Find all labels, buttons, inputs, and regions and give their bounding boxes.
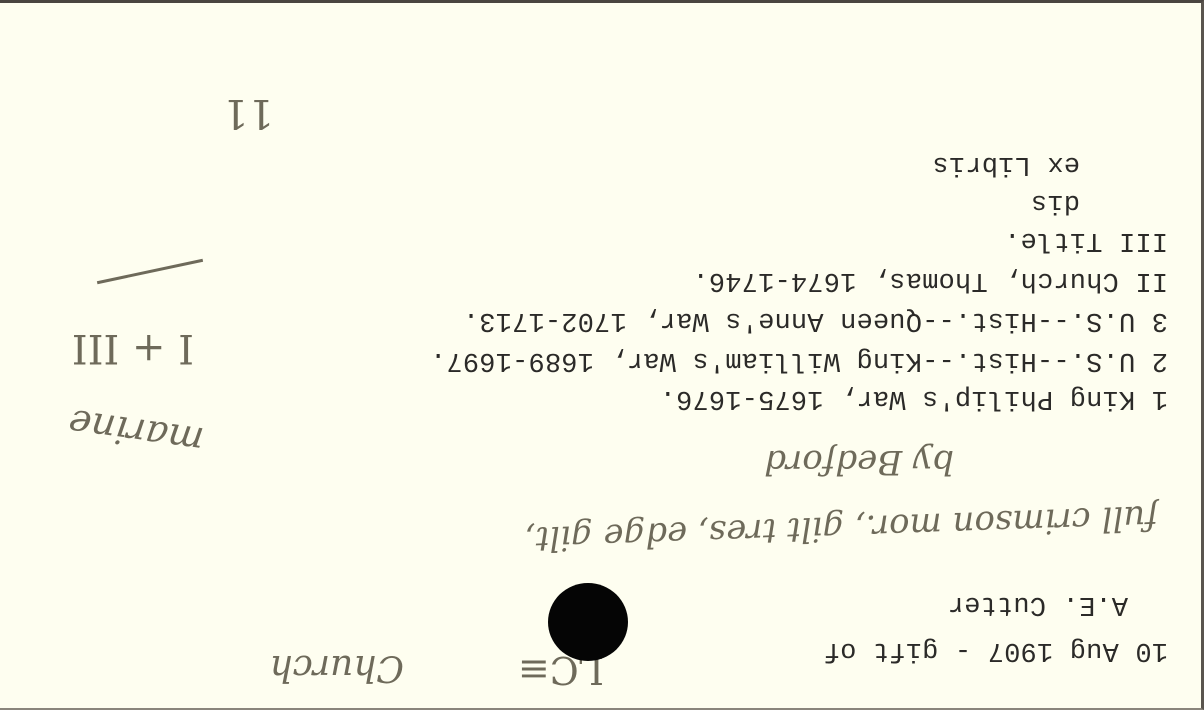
catalog-card: 10 Aug 1907 - gift of A.E. Cutter full c… [0,0,1204,710]
page-mark: 11 [223,93,274,133]
accession-line: 10 Aug 1907 - gift of [824,636,1168,663]
marine-note: marine [66,404,206,461]
dis-note: dis [1031,188,1080,215]
author-note: Church [270,649,404,685]
underline-mark [97,259,203,284]
punch-hole [548,583,628,661]
tracing-added-author: II Church, Thomas, 1674-1746. [692,266,1168,293]
tracing-note: I + III [72,328,194,368]
ex-libris-note: ex Libris [932,150,1080,177]
binder-note: by Bedford [764,445,954,479]
tracing-3: 3 U.S.--Hist.--Queen Anne's War, 1702-17… [463,306,1168,333]
donor-name: A.E. Cutter [948,590,1128,617]
tracing-1: 1 King Philip's War, 1675-1676. [660,384,1168,411]
tracing-2: 2 U.S.--Hist.--King William's War, 1689-… [430,346,1168,373]
tracing-title: III Title. [1004,226,1168,253]
binding-note: full crimson mor., gilt tres, edge gilt, [524,500,1158,556]
